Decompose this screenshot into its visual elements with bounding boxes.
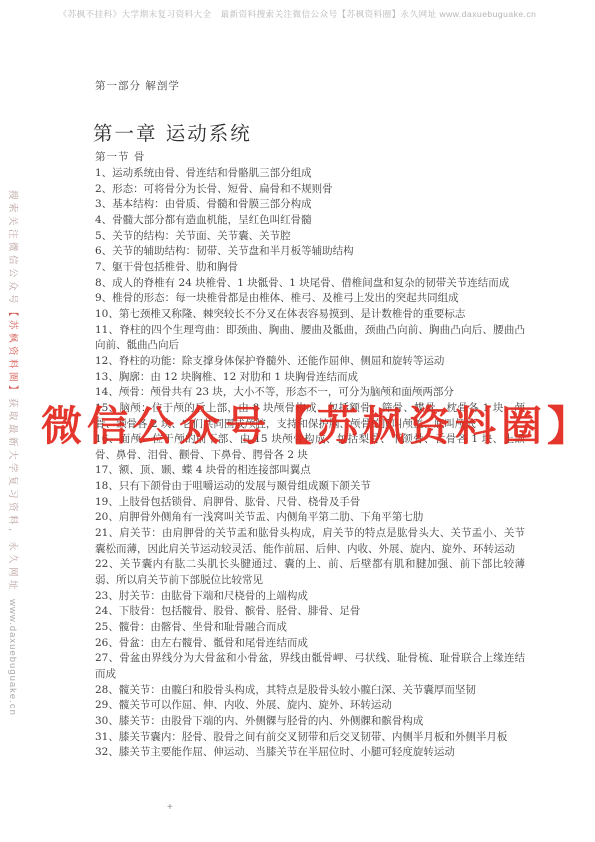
- red-watermark-banner: 微信公众号【苏枫资料圈】: [41, 393, 593, 452]
- note-line: 3、基本结构：由骨质、骨髓和骨膜三部分构成: [95, 197, 525, 213]
- note-line: 26、骨盆：由左右髋骨、骶骨和尾骨连结而成: [95, 636, 525, 652]
- note-line: 22、关节囊内有肱二头肌长头腱通过、囊的上、前、后壁都有肌和腱加强、前下部比较薄…: [95, 557, 525, 588]
- side-watermark-middle: 获取最新大学复习资料，永久网址: [7, 398, 18, 599]
- note-line: 6、关节的辅助结构：韧带、关节盘和半月板等辅助结构: [95, 244, 525, 260]
- chapter-title: 第一章 运动系统: [93, 118, 252, 146]
- note-line: 32、膝关节主要能作屈、伸运动、当膝关节在半屈位时、小腿可轻度旋转运动: [95, 745, 525, 761]
- note-line: 31、膝关节囊内：胫骨、股骨之间有前交叉韧带和后交叉韧带、内侧半月板和外侧半月板: [95, 730, 525, 746]
- part-heading: 第一部分 解剖学: [95, 78, 180, 93]
- note-line: 30、膝关节：由股骨下端的内、外侧髁与胫骨的内、外侧髁和髌骨构成: [95, 714, 525, 730]
- side-watermark-prefix: 搜索关注微信公众号: [7, 190, 18, 307]
- note-line: 29、髋关节可以作屈、伸、内收、外展、旋内、旋外、环转运动: [95, 698, 525, 714]
- note-line: 28、髋关节：由髋臼和股骨头构成，其特点是股骨头较小髋臼深、关节囊厚而坚韧: [95, 683, 525, 699]
- side-watermark-url: www.daxuebuguake.cn: [7, 599, 18, 716]
- note-line: 2、形态：可将骨分为长骨、短骨、扁骨和不规则骨: [95, 182, 525, 198]
- section-title: 第一节 骨: [95, 149, 145, 164]
- note-line: 18、只有下颌骨由于咀嚼运动的发展与颞骨组成颞下颌关节: [95, 479, 525, 495]
- note-line: 25、髋骨：由髂骨、坐骨和耻骨融合而成: [95, 620, 525, 636]
- note-line: 8、成人的脊椎有 24 块椎骨、1 块骶骨、1 块尾骨、借椎间盘和复杂的韧带关节…: [95, 276, 525, 292]
- note-line: 21、肩关节：由肩胛骨的关节盂和肱骨头构成，肩关节的特点是肱骨头大、关节盂小、关…: [95, 526, 525, 557]
- note-line: 11、脊柱的四个生理弯曲：即颈曲、胸曲、腰曲及骶曲，颈曲凸向前、胸曲凸向后、腰曲…: [95, 323, 525, 354]
- note-line: 27、骨盆由界线分为大骨盆和小骨盆，界线由骶骨岬、弓状线、耻骨梳、耻骨联合上缘连…: [95, 651, 525, 682]
- note-line: 20、肩胛骨外侧角有一浅窝叫关节盂、内侧角平第二肋、下角平第七肋: [95, 510, 525, 526]
- note-line: 1、运动系统由骨、骨连结和骨骼肌三部分组成: [95, 166, 525, 182]
- footer-plus-mark: +: [167, 802, 173, 813]
- note-line: 17、额、顶、颞、蝶 4 块骨的相连接部叫翼点: [95, 463, 525, 479]
- note-line: 12、脊柱的功能：除支撑身体保护脊髓外、还能作屈伸、侧屈和旋转等运动: [95, 354, 525, 370]
- note-line: 24、下肢骨：包括髋骨、股骨、髌骨、胫骨、腓骨、足骨: [95, 604, 525, 620]
- note-line: 19、上肢骨包括锁骨、肩胛骨、肱骨、尺骨、桡骨及手骨: [95, 495, 525, 511]
- note-line: 23、肘关节：由肱骨下端和尺桡骨的上端构成: [95, 589, 525, 605]
- note-line: 10、第七颈椎又称隆、棘突较长不分叉在体表容易摸到、是计数椎骨的重要标志: [95, 307, 525, 323]
- page-header-promo-text: 《苏枫不挂科》大学期末复习资料大全 最新资料搜索关注微信公众号【苏枫资料圈】永久…: [0, 8, 595, 20]
- left-vertical-watermark: 搜索关注微信公众号【苏枫资料圈】获取最新大学复习资料，永久网址 www.daxu…: [7, 190, 21, 716]
- notes-list: 1、运动系统由骨、骨连结和骨骼肌三部分组成2、形态：可将骨分为长骨、短骨、扁骨和…: [95, 166, 525, 761]
- side-watermark-highlight: 【苏枫资料圈】: [7, 307, 18, 398]
- note-line: 13、胸廓：由 12 块胸椎、12 对肋和 1 块胸骨连结而成: [95, 370, 525, 386]
- note-line: 7、躯干骨包括椎骨、肋和胸骨: [95, 260, 525, 276]
- note-line: 5、关节的结构：关节面、关节囊、关节腔: [95, 229, 525, 245]
- note-line: 9、椎骨的形态：每一块椎骨都是由椎体、椎弓、及椎弓上发出的突起共同组成: [95, 291, 525, 307]
- document-page: 《苏枫不挂科》大学期末复习资料大全 最新资料搜索关注微信公众号【苏枫资料圈】永久…: [0, 0, 595, 842]
- note-line: 4、骨髓大部分都有造血机能，呈红色叫红骨髓: [95, 213, 525, 229]
